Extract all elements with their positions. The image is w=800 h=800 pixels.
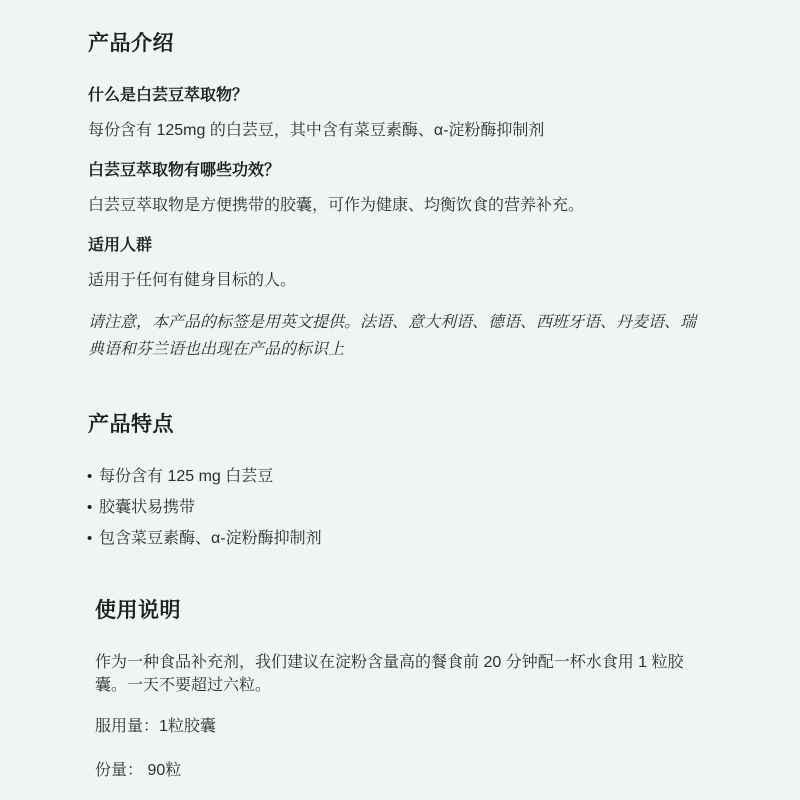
feature-list: • 每份含有 125 mg 白芸豆 • 胶囊状易携带 • 包含菜豆素酶、α-淀粉…: [88, 465, 740, 550]
usage-directions: 作为一种食品补充剂，我们建议在淀粉含量高的餐食前 20 分钟配一杯水食用 1 粒…: [95, 651, 695, 697]
usage-section: 使用说明 作为一种食品补充剂，我们建议在淀粉含量高的餐食前 20 分钟配一杯水食…: [95, 598, 740, 782]
intro-question-benefits: 白芸豆萃取物有哪些功效？: [88, 159, 740, 182]
feature-item: • 每份含有 125 mg 白芸豆: [88, 465, 740, 488]
intro-answer-benefits: 白芸豆萃取物是方便携带的胶囊，可作为健康、均衡饮食的营养补充。: [88, 194, 728, 217]
features-section: 产品特点 • 每份含有 125 mg 白芸豆 • 胶囊状易携带 • 包含菜豆素酶…: [88, 412, 740, 550]
usage-title: 使用说明: [95, 598, 740, 623]
feature-item-label: 胶囊状易携带: [99, 499, 195, 516]
bullet-icon: •: [87, 496, 92, 519]
product-description-page: 产品介绍 什么是白芸豆萃取物？ 每份含有 125mg 的白芸豆，其中含有菜豆素酶…: [0, 0, 800, 800]
feature-item: • 包含菜豆素酶、α-淀粉酶抑制剂: [88, 527, 740, 550]
feature-item-label: 包含菜豆素酶、α-淀粉酶抑制剂: [99, 530, 322, 547]
intro-section: 产品介绍 什么是白芸豆萃取物？ 每份含有 125mg 的白芸豆，其中含有菜豆素酶…: [88, 31, 740, 363]
language-note: 请注意，本产品的标签是用英文提供。法语、意大利语、德语、西班牙语、丹麦语、瑞典语…: [88, 309, 703, 363]
usage-servings: 份量： 90粒: [95, 759, 695, 782]
intro-answer-audience: 适用于任何有健身目标的人。: [88, 269, 728, 292]
intro-question-what-is: 什么是白芸豆萃取物？: [88, 84, 740, 107]
feature-item-label: 每份含有 125 mg 白芸豆: [99, 468, 273, 485]
features-title: 产品特点: [88, 412, 740, 437]
bullet-icon: •: [87, 465, 92, 488]
intro-answer-what-is: 每份含有 125mg 的白芸豆，其中含有菜豆素酶、α-淀粉酶抑制剂: [88, 119, 728, 142]
usage-dose: 服用量：1粒胶囊: [95, 715, 695, 738]
intro-question-audience: 适用人群: [88, 234, 740, 257]
feature-item: • 胶囊状易携带: [88, 496, 740, 519]
intro-title: 产品介绍: [88, 31, 740, 56]
bullet-icon: •: [87, 527, 92, 550]
